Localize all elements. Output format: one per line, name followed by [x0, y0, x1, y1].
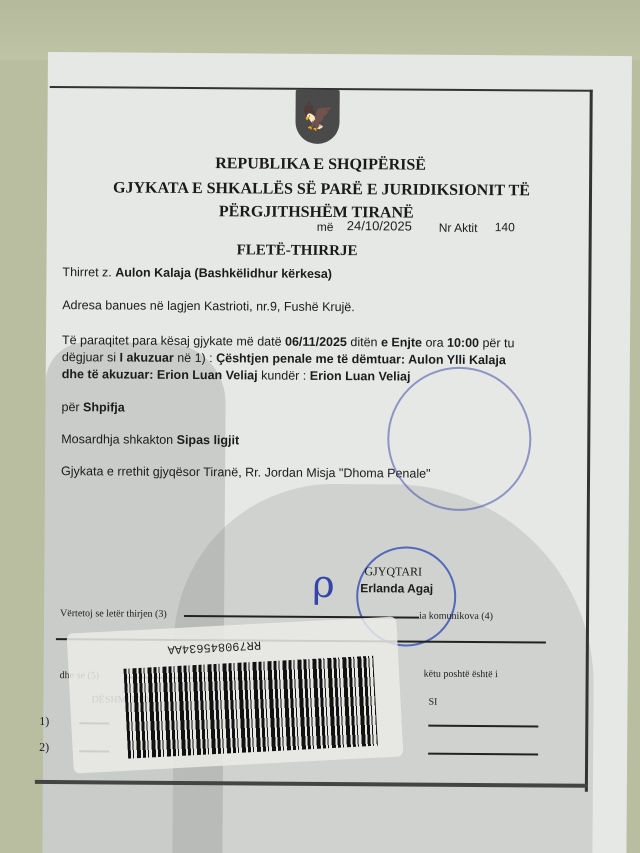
albania-coat-of-arms-icon: 🦅 — [295, 90, 339, 144]
date-stamp — [387, 366, 532, 511]
absence-line: Mosardhja shkakton Sipas ligjit — [61, 432, 239, 447]
charge-line: për Shpifja — [61, 400, 124, 414]
summoned-line: Thirret z. Aulon Kalaja (Bashkëlidhur kë… — [62, 265, 332, 281]
signature-mark: ρ — [312, 562, 335, 606]
document-title: FLETË-THIRRJE — [237, 242, 358, 260]
judge-name: Erlanda Agaj — [360, 581, 433, 596]
certify-label: Vërtetoj se letër thirjen (3) — [60, 608, 167, 620]
court-address: Gjykata e rrethit gjyqësor Tiranë, Rr. J… — [61, 464, 431, 481]
parties-line: dhe të akuzuar: Erion Luan Veliaj kundër… — [62, 367, 411, 383]
judge-role: GJYQTARI — [364, 564, 422, 579]
issue-date: 24/10/2025 — [347, 218, 412, 233]
barcode — [123, 656, 377, 759]
background — [0, 0, 640, 60]
act-label: Nr Aktit — [439, 221, 478, 235]
communicated-label: ia komunikova (4) — [419, 611, 493, 623]
below-label: këtu poshtë është i — [424, 669, 498, 681]
republic-heading: REPUBLIKA E SHQIPËRISË — [215, 155, 426, 174]
date-label: më — [317, 220, 334, 234]
court-heading: GJYKATA E SHKALLËS SË PARË E JURIDIKSION… — [113, 179, 530, 200]
barcode-number: RR790845634AA — [167, 638, 261, 657]
right-label: SI — [428, 697, 437, 708]
witness-row-2: 2) — [39, 740, 49, 755]
act-number: 140 — [495, 220, 515, 234]
barcode-sticker: RR790845634AA — [67, 616, 404, 773]
address-line: Adresa banues në lagjen Kastrioti, nr.9,… — [62, 298, 355, 314]
witness-row-1: 1) — [39, 714, 49, 729]
